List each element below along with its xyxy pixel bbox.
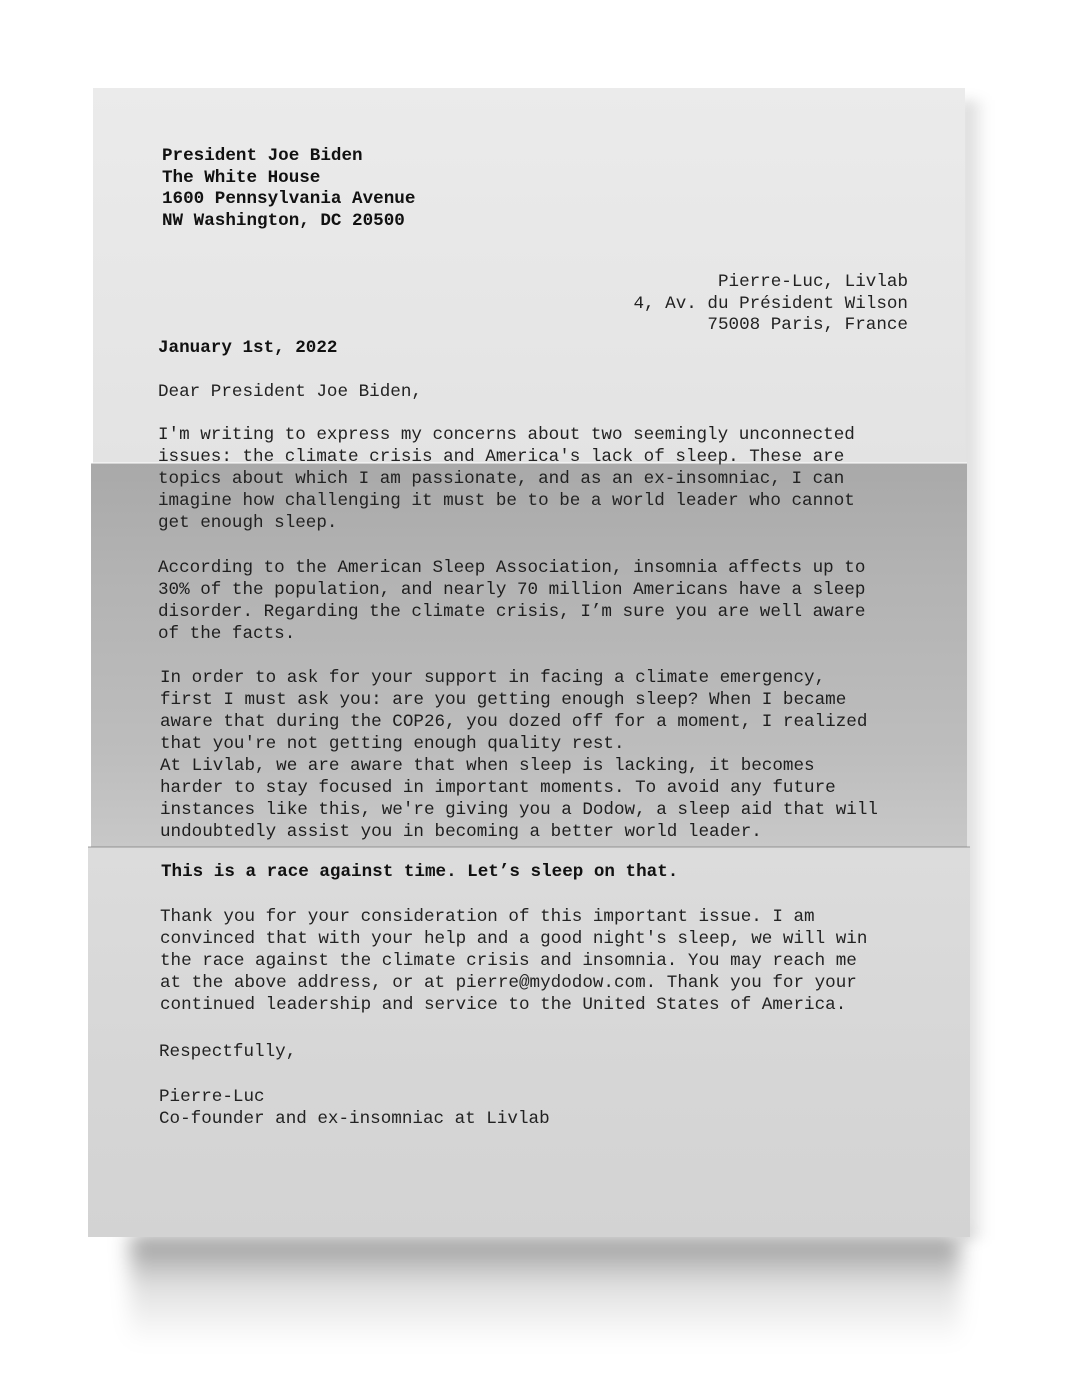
recipient-line: 1600 Pennsylvania Avenue xyxy=(162,189,415,211)
recipient-address: President Joe BidenThe White House1600 P… xyxy=(162,146,415,232)
paper-drop-shadow xyxy=(130,1235,960,1345)
recipient-line: NW Washington, DC 20500 xyxy=(162,211,415,233)
paragraph-highlight: This is a race against time. Let’s sleep… xyxy=(161,861,678,883)
salutation: Dear President Joe Biden, xyxy=(158,381,422,403)
recipient-line: President Joe Biden xyxy=(162,146,415,168)
fold-crease-lower xyxy=(88,846,970,848)
recipient-line: The White House xyxy=(162,168,415,190)
sender-address: Pierre-Luc, Livlab4, Av. du Président Wi… xyxy=(633,272,908,337)
sender-line: 75008 Paris, France xyxy=(633,315,908,337)
paragraph-thanks: Thank you for your consideration of this… xyxy=(160,906,867,1016)
closing: Respectfully, xyxy=(159,1041,296,1063)
paragraph-intro: I'm writing to express my concerns about… xyxy=(158,424,855,534)
paragraph-request: In order to ask for your support in faci… xyxy=(160,667,878,843)
signature-name: Pierre-Luc xyxy=(159,1086,550,1108)
letter-date: January 1st, 2022 xyxy=(158,337,338,359)
signature-title: Co-founder and ex-insomniac at Livlab xyxy=(159,1108,550,1130)
sender-line: 4, Av. du Président Wilson xyxy=(633,294,908,316)
sender-line: Pierre-Luc, Livlab xyxy=(633,272,908,294)
paragraph-statistics: According to the American Sleep Associat… xyxy=(158,557,865,645)
signature-block: Pierre-LucCo-founder and ex-insomniac at… xyxy=(159,1086,550,1130)
